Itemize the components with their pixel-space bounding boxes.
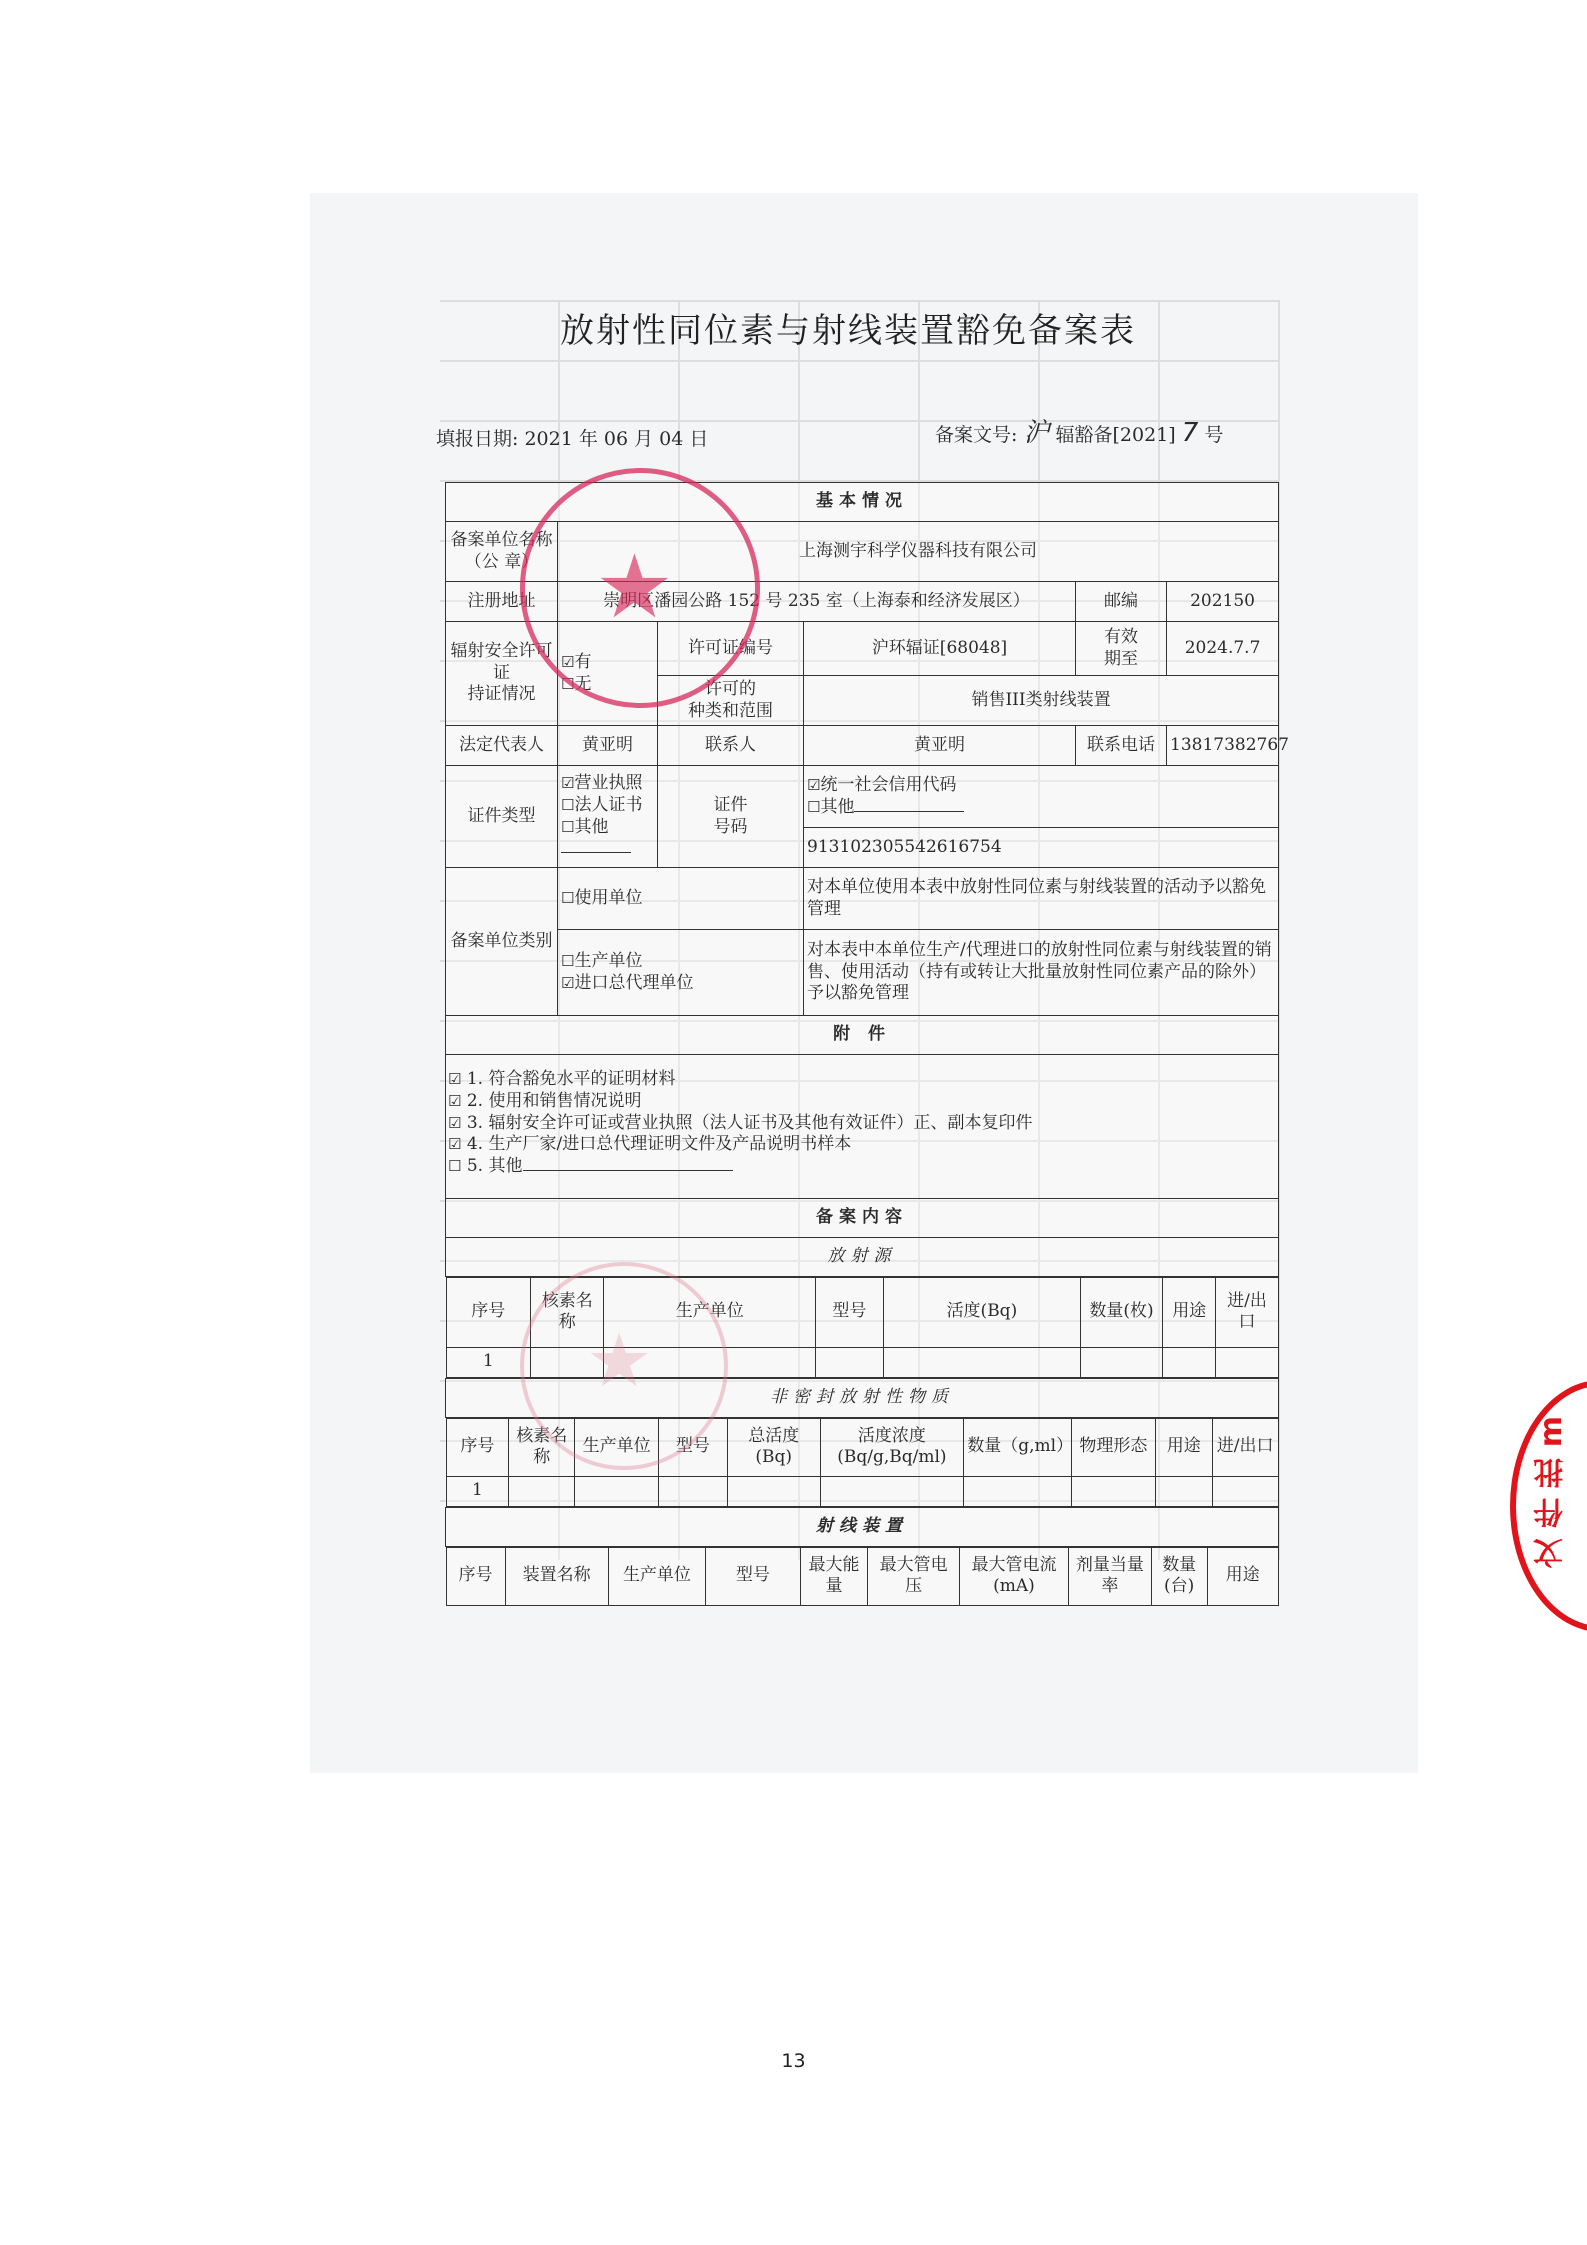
- table-header-cell: 活度(Bq): [883, 1277, 1080, 1347]
- valid-until-value: 2024.7.7: [1167, 622, 1279, 676]
- filing-form-table: 基本情况 备案单位名称（公 章） 上海测宇科学仪器科技有限公司 注册地址 崇明区…: [445, 482, 1279, 1606]
- table-cell: 1: [446, 1347, 531, 1377]
- table-header-cell: 剂量当量率: [1069, 1547, 1152, 1605]
- license-no-checkbox[interactable]: ☐: [561, 675, 574, 693]
- table-header-cell: 生产单位: [604, 1277, 816, 1347]
- table-cell: [1081, 1347, 1163, 1377]
- table-header-cell: 用途: [1162, 1277, 1216, 1347]
- scope-label: 许可的种类和范围: [658, 676, 804, 726]
- table-header-cell: 最大管电流(mA): [959, 1547, 1068, 1605]
- file-number-label: 备案文号:: [935, 424, 1017, 446]
- table-header-cell: 数量(枚): [1081, 1277, 1163, 1347]
- attachment-2-checkbox[interactable]: ☑: [448, 1092, 461, 1110]
- attachment-item-4: ☑ 4. 生产厂家/进口总代理证明文件及产品说明书样本: [448, 1134, 1276, 1156]
- legal-rep-label: 法定代表人: [446, 726, 558, 766]
- attachment-5-checkbox[interactable]: ☐: [448, 1157, 461, 1175]
- file-number: 备案文号: 沪 辐豁备[2021] 7 号: [935, 412, 1223, 449]
- file-number-suffix: 号: [1204, 424, 1223, 446]
- table-cell: [1212, 1476, 1278, 1506]
- category-use-option: ☐使用单位: [558, 868, 804, 930]
- fill-date: 填报日期: 2021 年 06 月 04 日: [436, 424, 708, 451]
- cert-legal-person-checkbox[interactable]: ☐: [561, 796, 574, 814]
- table-header-cell: 核素名称: [509, 1418, 575, 1476]
- sealed-sources-table: 序号核素名称生产单位型号活度(Bq)数量(枚)用途进/出口 1: [446, 1277, 1279, 1378]
- table-header-cell: 序号: [446, 1277, 531, 1347]
- table-cell: [1072, 1476, 1156, 1506]
- table-cell: [820, 1476, 964, 1506]
- table-cell: [1216, 1347, 1278, 1377]
- file-number-num: 7: [1182, 418, 1199, 448]
- cert-type-options: ☑营业执照 ☐法人证书 ☐其他: [558, 766, 658, 868]
- category-use-desc: 对本单位使用本表中放射性同位素与射线装置的活动予以豁免管理: [804, 868, 1279, 930]
- table-header-cell: 生产单位: [575, 1418, 659, 1476]
- section-content-title: 备案内容: [446, 1198, 1279, 1237]
- cert-other-checkbox[interactable]: ☐: [561, 818, 574, 836]
- table-header-cell: 型号: [658, 1418, 727, 1476]
- category-label: 备案单位类别: [446, 868, 558, 1016]
- fill-date-label: 填报日期:: [436, 428, 518, 450]
- table-cell: [1162, 1347, 1216, 1377]
- unit-name-value: 上海测宇科学仪器科技有限公司: [558, 522, 1279, 582]
- table-header-cell: 装置名称: [505, 1547, 608, 1605]
- table-header-cell: 型号: [706, 1547, 800, 1605]
- unsealed-title: 非密封放射性物质: [446, 1378, 1279, 1417]
- address-value: 崇明区潘园公路 152 号 235 室（上海泰和经济发展区）: [558, 582, 1076, 622]
- sealed-sources-title: 放射源: [446, 1237, 1279, 1276]
- table-header-cell: 总活度(Bq): [727, 1418, 820, 1476]
- fill-date-value: 2021 年 06 月 04 日: [524, 428, 708, 450]
- license-status-options: ☑有 ☐无: [558, 622, 658, 726]
- table-header-cell: 活度浓度(Bq/g,Bq/ml): [820, 1418, 964, 1476]
- table-cell: [604, 1347, 816, 1377]
- category-use-checkbox[interactable]: ☐: [561, 889, 574, 907]
- table-cell: [815, 1347, 883, 1377]
- category-produce-options: ☐生产单位 ☑进口总代理单位: [558, 930, 804, 1016]
- table-cell: [964, 1476, 1072, 1506]
- category-produce-checkbox[interactable]: ☐: [561, 952, 574, 970]
- table-header-cell: 用途: [1155, 1418, 1212, 1476]
- attachment-1-checkbox[interactable]: ☑: [448, 1070, 461, 1088]
- attachment-item-1: ☑ 1. 符合豁免水平的证明材料: [448, 1069, 1276, 1091]
- license-number-value: 沪环辐证[68048]: [804, 622, 1076, 676]
- contact-value: 黄亚明: [804, 726, 1076, 766]
- phone-value: 13817382767: [1167, 726, 1279, 766]
- attachments-list: ☑ 1. 符合豁免水平的证明材料 ☑ 2. 使用和销售情况说明 ☑ 3. 辐射安…: [446, 1055, 1279, 1199]
- attachment-item-5: ☐ 5. 其他: [448, 1156, 1276, 1178]
- phone-label: 联系电话: [1076, 726, 1167, 766]
- file-number-mid: 辐豁备[2021]: [1056, 424, 1176, 446]
- cert-business-license-checkbox[interactable]: ☑: [561, 774, 574, 792]
- attachment-item-3: ☑ 3. 辐射安全许可证或营业执照（法人证书及其他有效证件）正、副本复印件: [448, 1113, 1276, 1135]
- edge-seal-stamp: 文 件 批 m: [1510, 1380, 1587, 1632]
- file-number-prefix: 沪: [1023, 418, 1049, 448]
- page-number: 13: [0, 2050, 1587, 2072]
- postcode-label: 邮编: [1076, 582, 1167, 622]
- document-title: 放射性同位素与射线装置豁免备案表: [560, 303, 1136, 352]
- license-status-label: 辐射安全许可证持证情况: [446, 622, 558, 726]
- license-number-label: 许可证编号: [658, 622, 804, 676]
- edge-seal-text: 文 件 批 m: [1530, 1416, 1560, 1569]
- table-cell: [883, 1347, 1080, 1377]
- table-header-cell: 用途: [1207, 1547, 1278, 1605]
- table-header-cell: 核素名称: [531, 1277, 604, 1347]
- attachment-item-2: ☑ 2. 使用和销售情况说明: [448, 1091, 1276, 1113]
- cert-no-value: 913102305542616754: [804, 828, 1279, 868]
- category-produce-desc: 对本表中本单位生产/代理进口的放射性同位素与射线装置的销售、使用活动（持有或转让…: [804, 930, 1279, 1016]
- license-yes-checkbox[interactable]: ☑: [561, 653, 574, 671]
- section-attachments-title: 附 件: [446, 1016, 1279, 1055]
- table-cell: [509, 1476, 575, 1506]
- table-header-cell: 最大能量: [800, 1547, 868, 1605]
- valid-until-label: 有效期至: [1076, 622, 1167, 676]
- devices-table: 序号装置名称生产单位型号最大能量最大管电压最大管电流(mA)剂量当量率数量(台)…: [446, 1547, 1279, 1606]
- legal-rep-value: 黄亚明: [558, 726, 658, 766]
- table-cell: [531, 1347, 604, 1377]
- cert-no-other-checkbox[interactable]: ☐: [807, 798, 820, 816]
- category-import-checkbox[interactable]: ☑: [561, 974, 574, 992]
- table-header-cell: 物理形态: [1072, 1418, 1156, 1476]
- credit-code-checkbox[interactable]: ☑: [807, 776, 820, 794]
- contact-label: 联系人: [658, 726, 804, 766]
- table-cell: 1: [446, 1476, 509, 1506]
- table-header-cell: 生产单位: [608, 1547, 705, 1605]
- table-header-cell: 进/出口: [1212, 1418, 1278, 1476]
- table-header-cell: 数量(台): [1151, 1547, 1207, 1605]
- unsealed-table: 序号核素名称生产单位型号总活度(Bq)活度浓度(Bq/g,Bq/ml)数量（g,…: [446, 1418, 1279, 1507]
- attachment-3-checkbox[interactable]: ☑: [448, 1114, 461, 1132]
- table-header-cell: 序号: [446, 1547, 505, 1605]
- section-basic-title: 基本情况: [446, 483, 1279, 522]
- table-header-cell: 数量（g,ml）: [964, 1418, 1072, 1476]
- table-header-cell: 序号: [446, 1418, 509, 1476]
- table-cell: [1155, 1476, 1212, 1506]
- table-header-cell: 进/出口: [1216, 1277, 1278, 1347]
- cert-no-type-options: ☑统一社会信用代码 ☐其他: [804, 766, 1279, 828]
- unit-name-label: 备案单位名称（公 章）: [446, 522, 558, 582]
- table-cell: [727, 1476, 820, 1506]
- scope-value: 销售III类射线装置: [804, 676, 1279, 726]
- address-label: 注册地址: [446, 582, 558, 622]
- postcode-value: 202150: [1167, 582, 1279, 622]
- cert-no-label: 证件号码: [658, 766, 804, 868]
- devices-title: 射线装置: [446, 1507, 1279, 1546]
- table-header-cell: 最大管电压: [868, 1547, 959, 1605]
- table-header-cell: 型号: [815, 1277, 883, 1347]
- table-cell: [575, 1476, 659, 1506]
- attachment-4-checkbox[interactable]: ☑: [448, 1135, 461, 1153]
- cert-type-label: 证件类型: [446, 766, 558, 868]
- table-cell: [658, 1476, 727, 1506]
